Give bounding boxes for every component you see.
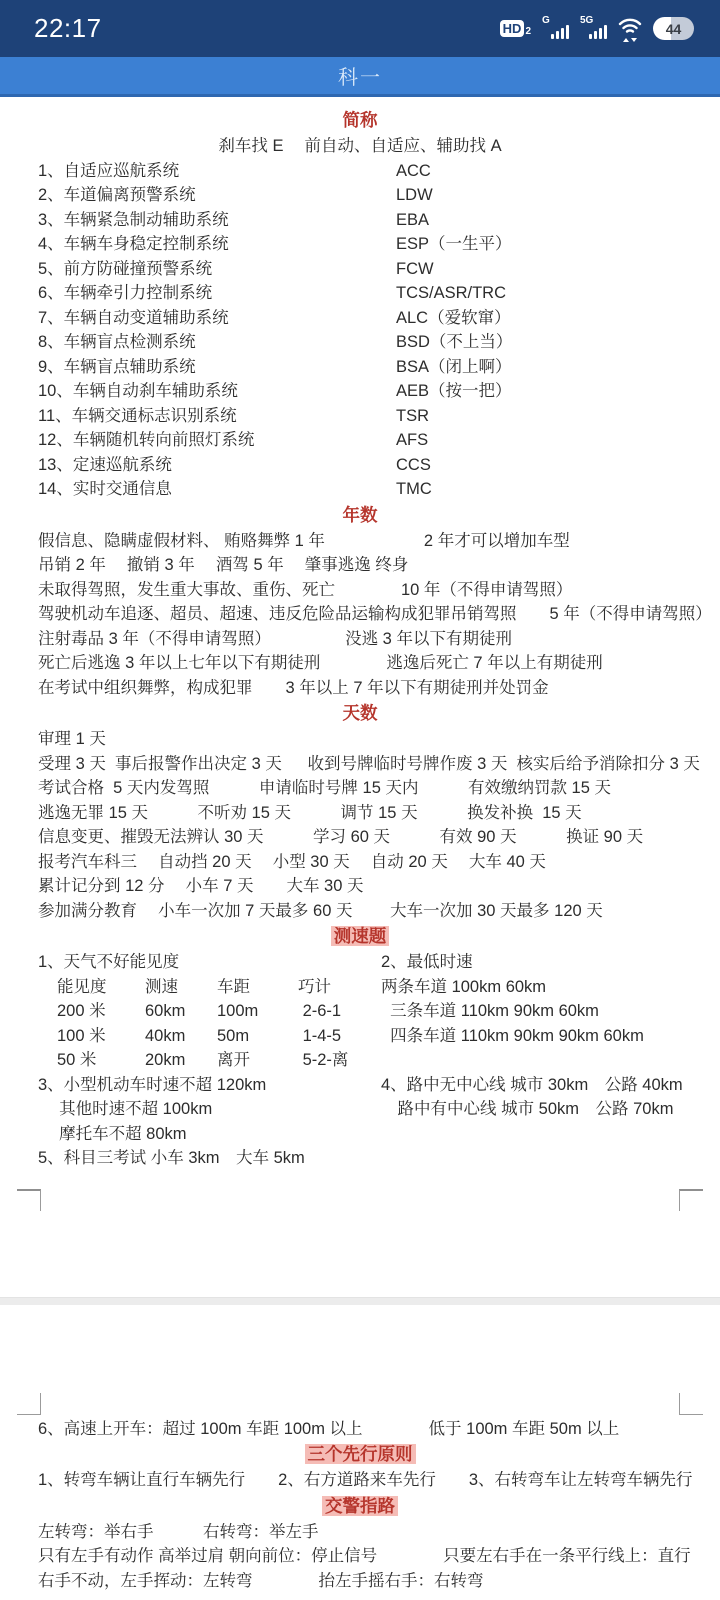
table-header-cell: 车距: [217, 975, 298, 1000]
system-abbr: ALC（爱软窜）: [396, 306, 720, 331]
speed-note-right: 4、路中无中心线 城市 30km 公路 40km: [381, 1073, 720, 1098]
speed-table-row: 200 米60km100m 2-6-1 三条车道 110km 90km 60km: [0, 999, 720, 1024]
wifi-icon: [618, 17, 642, 41]
abbreviation-row: 4、车辆车身稳定控制系统ESP（一生平）: [0, 232, 720, 257]
system-name: 6、车辆牵引力控制系统: [38, 281, 396, 306]
table-cell: 50 米: [57, 1048, 145, 1073]
speed-note-right: [381, 1122, 720, 1147]
text-line: 审理 1 天: [0, 727, 720, 752]
text-line: 吊销 2 年 撤销 3 年 酒驾 5 年 肇事逃逸 终身: [0, 553, 720, 578]
system-abbr: EBA: [396, 208, 720, 233]
text-line: 报考汽车科三 自动挡 20 天 小型 30 天 自动 20 天 大车 40 天: [0, 850, 720, 875]
speed-note-left: 摩托车不超 80km: [38, 1122, 381, 1147]
page-corner-mark: [679, 1393, 703, 1415]
speed-note-row: 5、科目三考试 小车 3km 大车 5km: [0, 1146, 720, 1171]
section-heading: 天数: [0, 700, 720, 727]
abbreviation-row: 8、车辆盲点检测系统BSD（不上当）: [0, 330, 720, 355]
system-abbr: TMC: [396, 477, 720, 502]
abbreviation-row: 5、前方防碰撞预警系统FCW: [0, 257, 720, 282]
table-cell: 100 米: [57, 1024, 145, 1049]
system-abbr: FCW: [396, 257, 720, 282]
abbreviation-row: 3、车辆紧急制动辅助系统EBA: [0, 208, 720, 233]
system-name: 1、自适应巡航系统: [38, 159, 396, 184]
speed-table-left: 能见度测速车距巧计: [38, 975, 381, 1000]
speed-table-right-line: 两条车道 100km 60km: [381, 975, 720, 1000]
text-line: 考试合格 5 天内发驾照 申请临时号牌 15 天内 有效缴纳罚款 15 天: [0, 776, 720, 801]
system-name: 7、车辆自动变道辅助系统: [38, 306, 396, 331]
section-heading: 三个先行原则: [0, 1441, 720, 1468]
speed-note-row: 摩托车不超 80km: [0, 1122, 720, 1147]
page-corner-mark: [17, 1189, 41, 1211]
status-bar: 22:17 HD 2 G 5G 44: [0, 0, 720, 57]
abbreviation-row: 2、车道偏离预警系统LDW: [0, 183, 720, 208]
mnemonic-line: 刹车找 E 前自动、自适应、辅助找 A: [0, 134, 720, 159]
speed-table-left: 100 米40km50m 1-4-5: [38, 1024, 381, 1049]
document-content[interactable]: 简称刹车找 E 前自动、自适应、辅助找 A1、自适应巡航系统ACC2、车道偏离预…: [0, 97, 720, 1593]
system-name: 13、定速巡航系统: [38, 453, 396, 478]
page-margin-space: [0, 1305, 720, 1393]
table-cell: 200 米: [57, 999, 145, 1024]
table-cell: 100m: [217, 999, 298, 1024]
text-line: 注射毒品 3 年（不得申请驾照） 没逃 3 年以下有期徒刑: [0, 627, 720, 652]
speed-table-left: 50 米20km离开 5-2-离: [38, 1048, 381, 1073]
system-name: 10、车辆自动刹车辅助系统: [38, 379, 396, 404]
table-cell: 60km: [145, 999, 217, 1024]
system-name: 9、车辆盲点辅助系统: [38, 355, 396, 380]
system-name: 3、车辆紧急制动辅助系统: [38, 208, 396, 233]
text-line: 6、高速上开车：超过 100m 车距 100m 以上 低于 100m 车距 50…: [0, 1417, 720, 1442]
abbreviation-row: 11、车辆交通标志识别系统TSR: [0, 404, 720, 429]
speed-q1: 1、天气不好能见度: [38, 950, 381, 975]
sim2-5g-signal-icon: 5G: [580, 17, 607, 41]
abbreviation-row: 10、车辆自动刹车辅助系统AEB（按一把）: [0, 379, 720, 404]
abbreviation-row: 9、车辆盲点辅助系统BSA（闭上啊）: [0, 355, 720, 380]
table-cell: 5-2-离: [298, 1048, 381, 1073]
system-name: 2、车道偏离预警系统: [38, 183, 396, 208]
abbreviation-row: 13、定速巡航系统CCS: [0, 453, 720, 478]
speed-note-right: 路中有中心线 城市 50km 公路 70km: [381, 1097, 720, 1122]
text-line: 右手不动，左手挥动：左转弯 抬左手摇右手：右转弯: [0, 1569, 720, 1594]
speed-table-right-line: 四条车道 110km 90km 90km 60km: [381, 1024, 720, 1049]
text-line: 驾驶机动车追逐、超员、超速、违反危险品运输构成犯罪吊销驾照 5 年（不得申请驾照…: [0, 602, 720, 627]
speed-note-left: 其他时速不超 100km: [38, 1097, 381, 1122]
section-heading: 交警指路: [0, 1493, 720, 1520]
text-line: 信息变更、摧毁无法辨认 30 天 学习 60 天 有效 90 天 换证 90 天: [0, 825, 720, 850]
status-icons: HD 2 G 5G 44: [500, 17, 694, 41]
abbreviation-row: 6、车辆牵引力控制系统TCS/ASR/TRC: [0, 281, 720, 306]
abbreviation-row: 12、车辆随机转向前照灯系统AFS: [0, 428, 720, 453]
table-cell: 50m: [217, 1024, 298, 1049]
text-line: 1、转弯车辆让直行车辆先行 2、右方道路来车先行 3、右转弯车让左转弯车辆先行: [0, 1468, 720, 1493]
system-abbr: TCS/ASR/TRC: [396, 281, 720, 306]
table-cell: 40km: [145, 1024, 217, 1049]
system-abbr: LDW: [396, 183, 720, 208]
text-line: 在考试中组织舞弊，构成犯罪 3 年以上 7 年以下有期徒刑并处罚金: [0, 676, 720, 701]
section-heading-text: 年数: [343, 505, 378, 525]
speed-note-row: 3、小型机动车时速不超 120km4、路中无中心线 城市 30km 公路 40k…: [0, 1073, 720, 1098]
section-heading-text: 三个先行原则: [305, 1444, 416, 1464]
table-cell: 1-4-5: [298, 1024, 381, 1049]
system-abbr: BSA（闭上啊）: [396, 355, 720, 380]
abbreviation-row: 1、自适应巡航系统ACC: [0, 159, 720, 184]
text-line: 左转弯：举右手 右转弯：举左手: [0, 1520, 720, 1545]
system-name: 12、车辆随机转向前照灯系统: [38, 428, 396, 453]
section-heading: 测速题: [0, 923, 720, 950]
table-header-cell: 巧计: [298, 975, 381, 1000]
clock: 22:17: [34, 13, 102, 44]
system-abbr: CCS: [396, 453, 720, 478]
text-line: 未取得驾照，发生重大事故、重伤、死亡 10 年（不得申请驾照）: [0, 578, 720, 603]
text-line: 死亡后逃逸 3 年以上七年以下有期徒刑 逃逸后死亡 7 年以上有期徒刑: [0, 651, 720, 676]
text-line: 累计记分到 12 分 小车 7 天 大车 30 天: [0, 874, 720, 899]
system-name: 14、实时交通信息: [38, 477, 396, 502]
page-corner-mark: [17, 1393, 41, 1415]
table-header-cell: 测速: [145, 975, 217, 1000]
system-name: 8、车辆盲点检测系统: [38, 330, 396, 355]
system-abbr: TSR: [396, 404, 720, 429]
speed-table-right-line: [381, 1048, 720, 1073]
system-name: 5、前方防碰撞预警系统: [38, 257, 396, 282]
page-margin-space: [0, 1171, 720, 1189]
speed-note-right: [381, 1146, 720, 1171]
speed-intro-row: 1、天气不好能见度2、最低时速: [0, 950, 720, 975]
section-heading-text: 交警指路: [322, 1496, 398, 1516]
section-heading-text: 天数: [343, 703, 378, 723]
battery-icon: 44: [653, 17, 694, 40]
speed-table-row: 能见度测速车距巧计两条车道 100km 60km: [0, 975, 720, 1000]
table-cell: 离开: [217, 1048, 298, 1073]
speed-note-left: 5、科目三考试 小车 3km 大车 5km: [38, 1146, 381, 1171]
system-abbr: ACC: [396, 159, 720, 184]
sim1-signal-icon: G: [542, 17, 569, 41]
page-title: 科一: [338, 61, 382, 90]
table-header-cell: 能见度: [57, 975, 145, 1000]
table-cell: 2-6-1: [298, 999, 381, 1024]
page-gap: [0, 1297, 720, 1305]
system-abbr: AFS: [396, 428, 720, 453]
page-top-corner-marks: [17, 1393, 703, 1417]
system-abbr: ESP（一生平）: [396, 232, 720, 257]
table-cell: 20km: [145, 1048, 217, 1073]
speed-table-left: 200 米60km100m 2-6-1: [38, 999, 381, 1024]
speed-note-left: 3、小型机动车时速不超 120km: [38, 1073, 381, 1098]
section-heading-text: 测速题: [331, 926, 390, 946]
app-title-bar: 科一: [0, 57, 720, 97]
speed-table-right-line: 三条车道 110km 90km 60km: [381, 999, 720, 1024]
hd-voice-icon: HD 2: [500, 20, 531, 37]
abbreviation-row: 7、车辆自动变道辅助系统ALC（爱软窜）: [0, 306, 720, 331]
page-bottom-corner-marks: [17, 1189, 703, 1213]
section-heading-text: 简称: [343, 110, 378, 130]
page-corner-mark: [679, 1189, 703, 1211]
speed-q2: 2、最低时速: [381, 950, 720, 975]
text-line: 只有左手有动作 高举过肩 朝向前位：停止信号 只要左右手在一条平行线上：直行: [0, 1544, 720, 1569]
system-abbr: BSD（不上当）: [396, 330, 720, 355]
speed-note-row: 其他时速不超 100km 路中有中心线 城市 50km 公路 70km: [0, 1097, 720, 1122]
page-margin-space: [0, 1213, 720, 1297]
speed-table-row: 50 米20km离开 5-2-离: [0, 1048, 720, 1073]
text-line: 参加满分教育 小车一次加 7 天最多 60 天 大车一次加 30 天最多 120…: [0, 899, 720, 924]
system-name: 11、车辆交通标志识别系统: [38, 404, 396, 429]
section-heading: 年数: [0, 502, 720, 529]
text-line: 假信息、隐瞒虚假材料、 贿赂舞弊 1 年 2 年才可以增加车型: [0, 529, 720, 554]
system-abbr: AEB（按一把）: [396, 379, 720, 404]
text-line: 逃逸无罪 15 天 不听劝 15 天 调节 15 天 换发补换 15 天: [0, 801, 720, 826]
text-line: 受理 3 天 事后报警作出决定 3 天 收到号牌临时号牌作废 3 天 核实后给予…: [0, 752, 720, 777]
speed-table-row: 100 米40km50m 1-4-5 四条车道 110km 90km 90km …: [0, 1024, 720, 1049]
abbreviation-row: 14、实时交通信息TMC: [0, 477, 720, 502]
system-name: 4、车辆车身稳定控制系统: [38, 232, 396, 257]
section-heading: 简称: [0, 107, 720, 134]
